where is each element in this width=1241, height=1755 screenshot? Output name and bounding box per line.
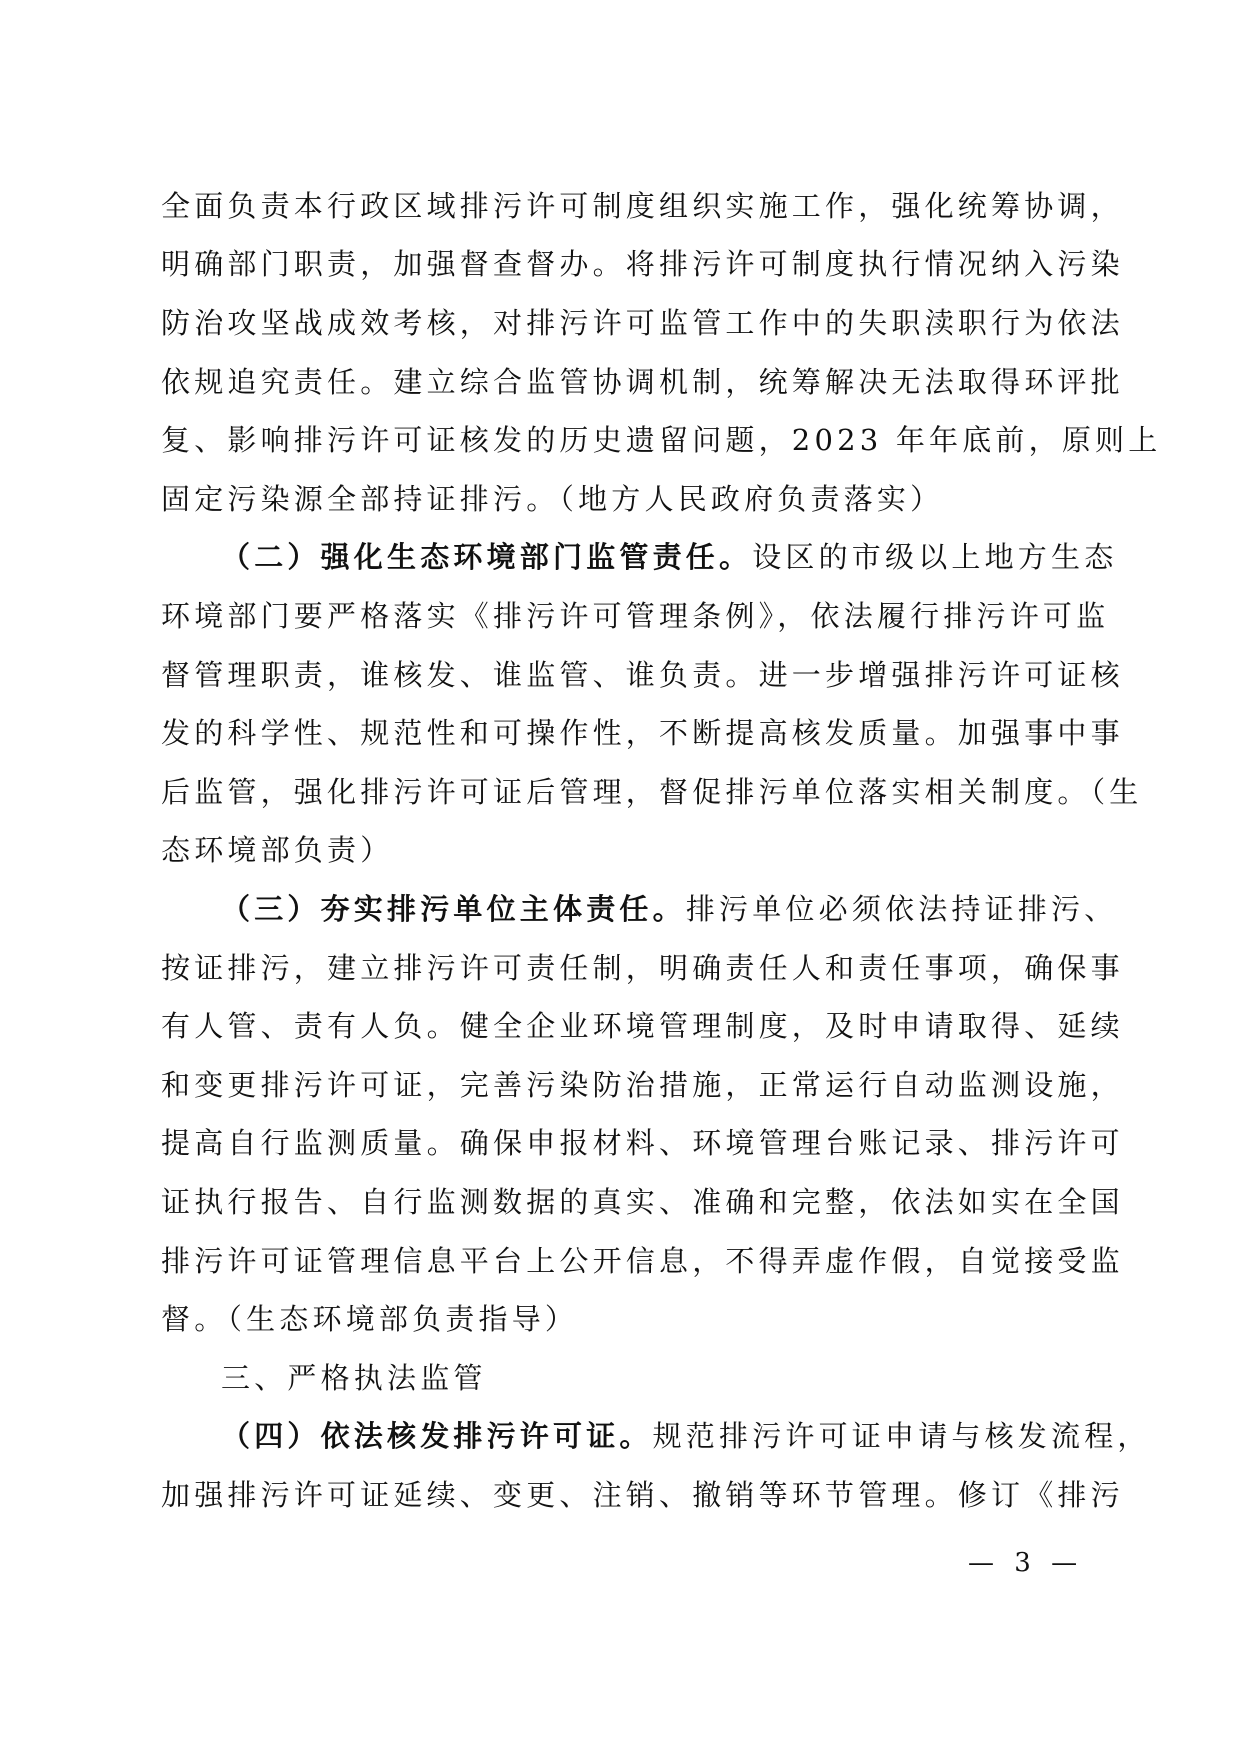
body-line: 按证排污，建立排污许可责任制，明确责任人和责任事项，确保事 <box>161 948 1081 988</box>
body-line: 提高自行监测质量。确保申报材料、环境管理台账记录、排污许可 <box>161 1123 1081 1163</box>
document-page: 全面负责本行政区域排污许可制度组织实施工作，强化统筹协调， 明确部门职责，加强督… <box>0 0 1241 1755</box>
section-3-title: （三）夯实排污单位主体责任。 <box>221 892 686 926</box>
body-line: 有人管、责有人负。健全企业环境管理制度，及时申请取得、延续 <box>161 1006 1081 1046</box>
page-number: — 3 — <box>968 1548 1083 1578</box>
section-3-first-line: （三）夯实排污单位主体责任。排污单位必须依法持证排污、 <box>221 889 1141 929</box>
body-line: 督。（生态环境部负责指导） <box>161 1299 1081 1339</box>
body-line: 和变更排污许可证，完善污染防治措施，正常运行自动监测设施， <box>161 1065 1081 1105</box>
section-2-title: （二）强化生态环境部门监管责任。 <box>221 540 752 574</box>
body-line: 依规追究责任。建立综合监管协调机制，统筹解决无法取得环评批 <box>161 362 1081 402</box>
section-2-first-line: （二）强化生态环境部门监管责任。设区的市级以上地方生态 <box>221 537 1141 577</box>
body-line: 证执行报告、自行监测数据的真实、准确和完整，依法如实在全国 <box>161 1182 1081 1222</box>
section-4-first-line: （四）依法核发排污许可证。规范排污许可证申请与核发流程， <box>221 1416 1141 1456</box>
body-line: 加强排污许可证延续、变更、注销、撤销等环节管理。修订《排污 <box>161 1475 1081 1515</box>
body-line: 防治攻坚战成效考核，对排污许可监管工作中的失职渎职行为依法 <box>161 303 1081 343</box>
body-line: 环境部门要严格落实《排污许可管理条例》，依法履行排污许可监 <box>161 596 1081 636</box>
body-line: 后监管，强化排污许可证后管理，督促排污单位落实相关制度。（生 <box>161 772 1081 812</box>
section-2-text: 设区的市级以上地方生态 <box>752 540 1117 574</box>
body-line: 全面负责本行政区域排污许可制度组织实施工作，强化统筹协调， <box>161 186 1081 226</box>
body-line: 固定污染源全部持证排污。（地方人民政府负责落实） <box>161 479 1081 519</box>
body-line: 排污许可证管理信息平台上公开信息，不得弄虚作假，自觉接受监 <box>161 1241 1081 1281</box>
body-line: 发的科学性、规范性和可操作性，不断提高核发质量。加强事中事 <box>161 713 1081 753</box>
section-4-text: 规范排污许可证申请与核发流程， <box>653 1419 1151 1453</box>
body-line: 明确部门职责，加强督查督办。将排污许可制度执行情况纳入污染 <box>161 244 1081 284</box>
chapter-heading: 三、严格执法监管 <box>221 1358 1141 1398</box>
body-line: 态环境部负责） <box>161 830 1081 870</box>
body-line: 复、影响排污许可证核发的历史遗留问题，2023 年年底前，原则上 <box>161 420 1081 460</box>
body-line: 督管理职责，谁核发、谁监管、谁负责。进一步增强排污许可证核 <box>161 655 1081 695</box>
section-4-title: （四）依法核发排污许可证。 <box>221 1419 653 1453</box>
section-3-text: 排污单位必须依法持证排污、 <box>686 892 1118 926</box>
